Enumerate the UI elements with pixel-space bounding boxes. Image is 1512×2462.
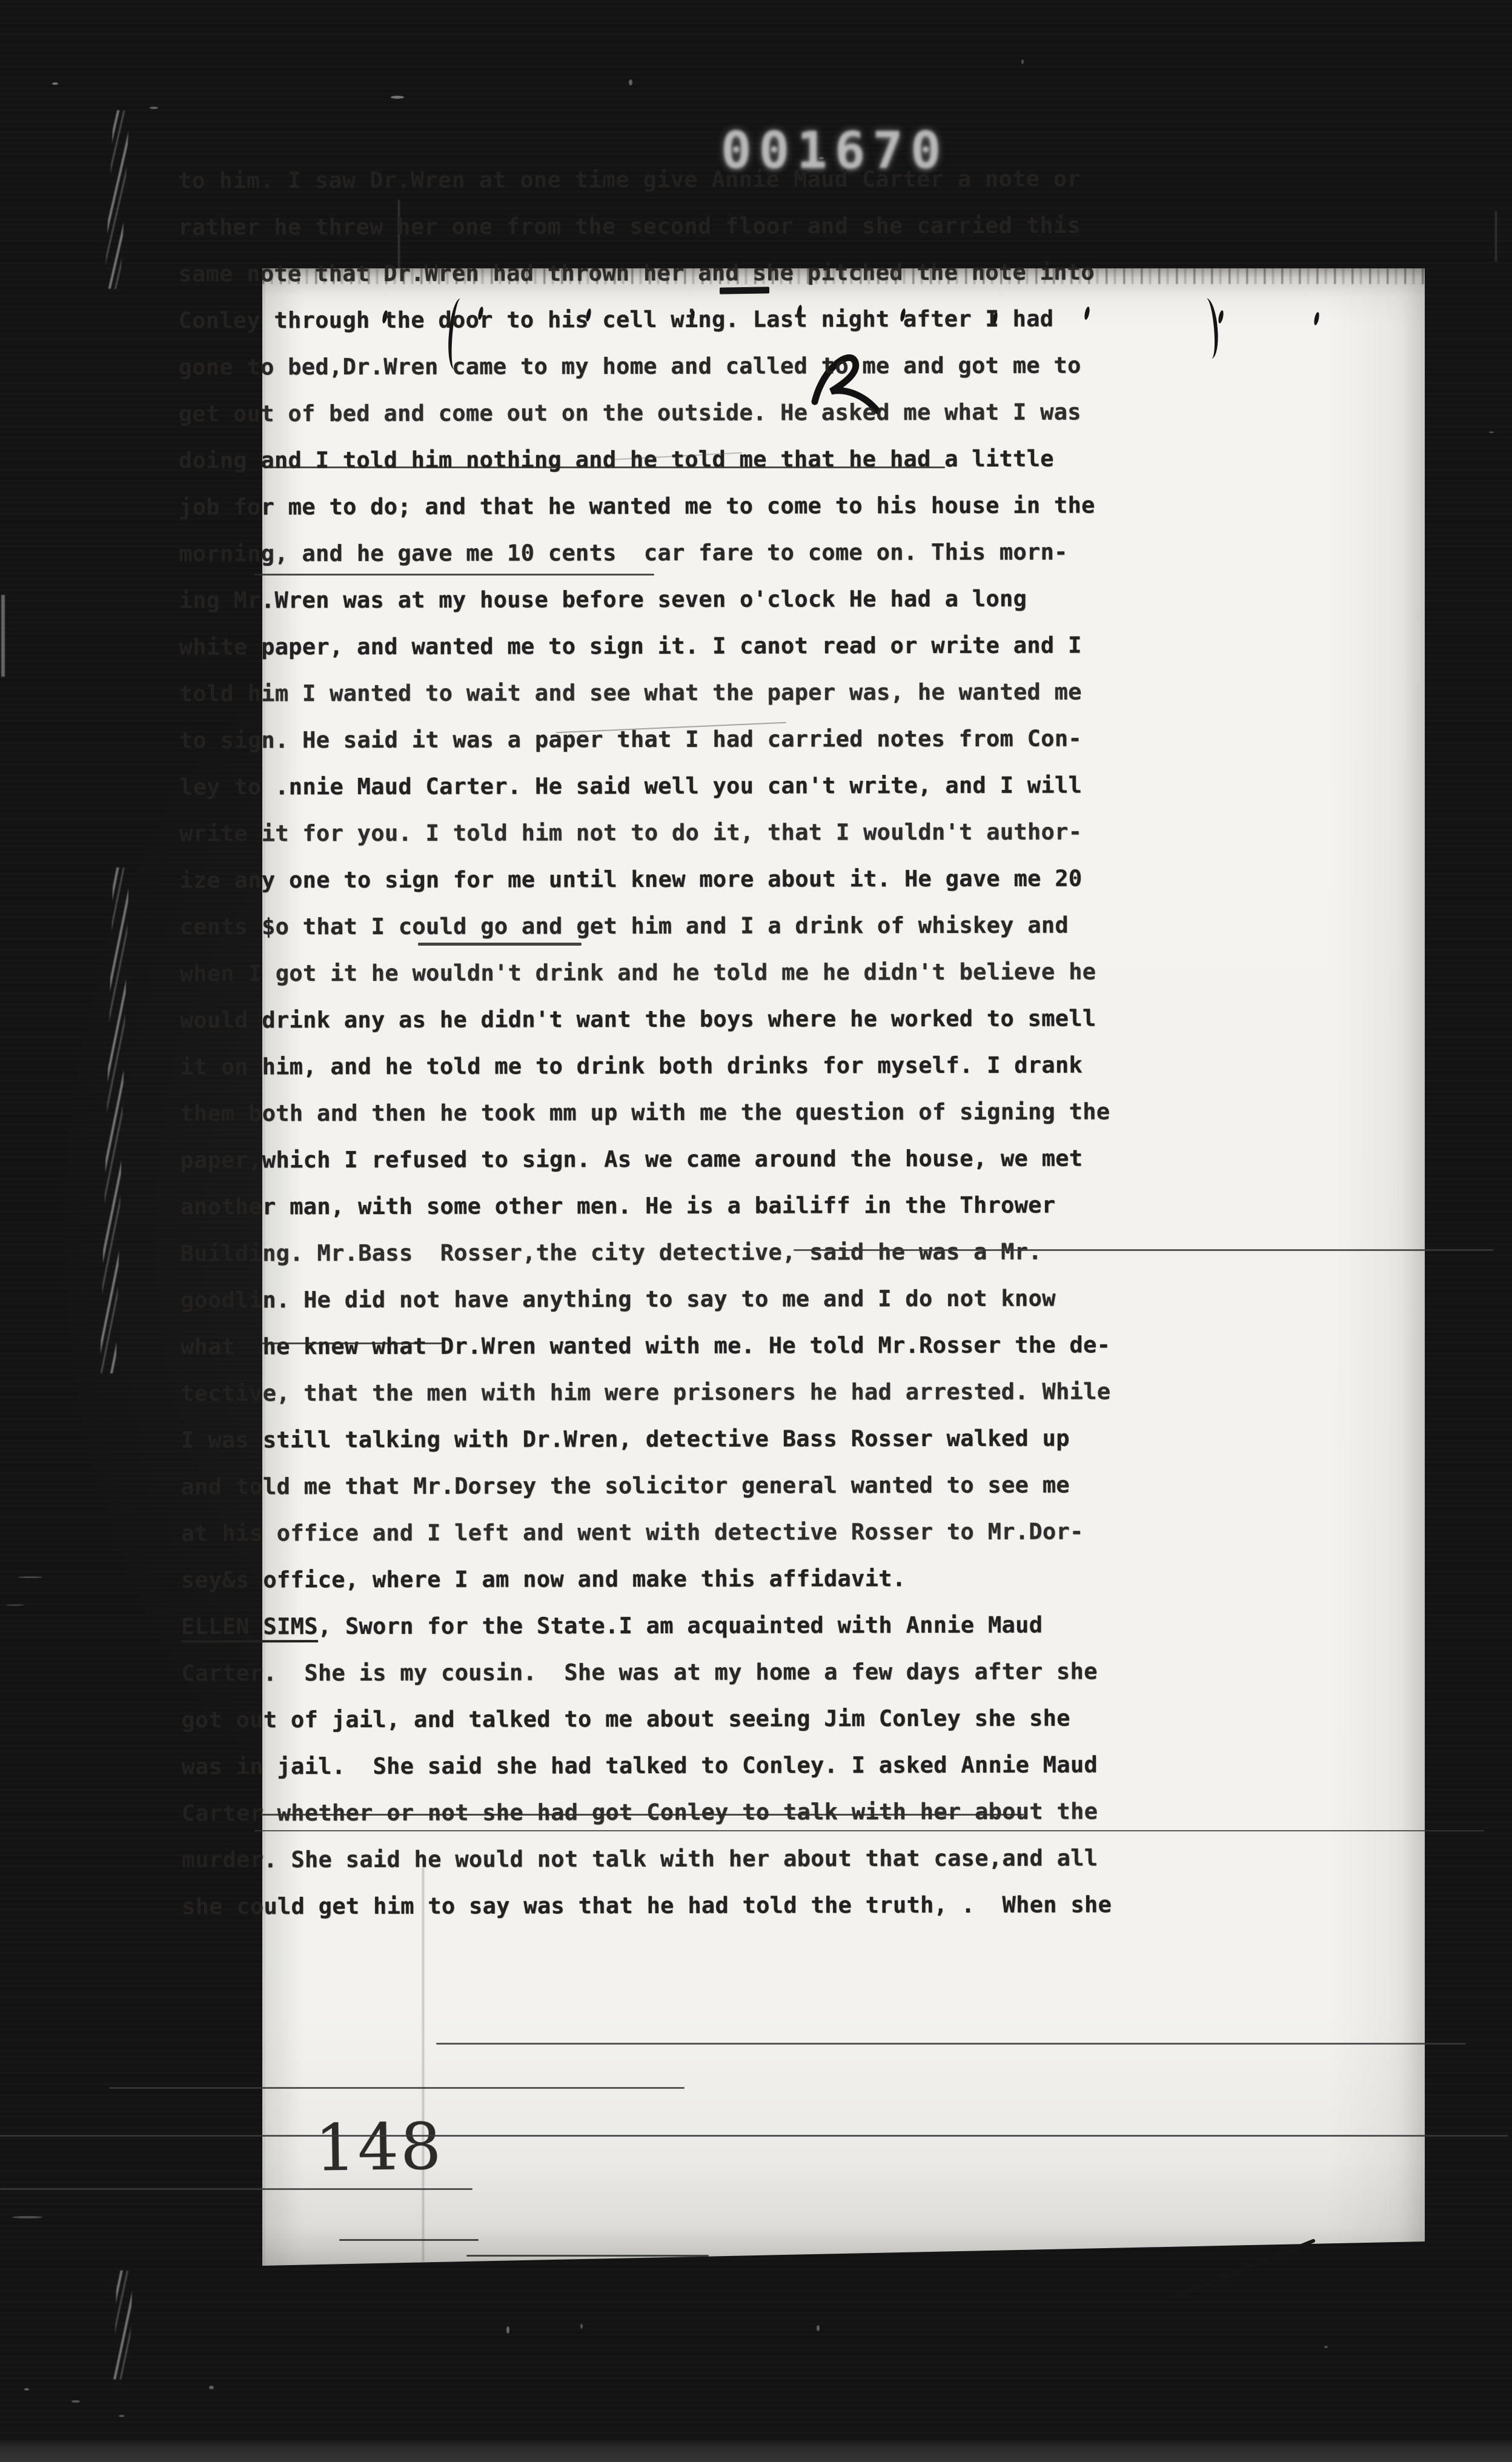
typed-line: gone to bed,Dr.Wren came to my home and … <box>179 342 1109 390</box>
scratch-line <box>260 1342 442 1344</box>
typed-line: tective, that the men with him were pris… <box>181 1368 1110 1416</box>
scratch-line <box>267 466 945 468</box>
typed-line: murder. She said he would not talk with … <box>182 1834 1112 1883</box>
film-scratch-vertical <box>1495 211 1497 262</box>
film-streak <box>113 2271 133 2380</box>
typed-text-block: to him. I saw Dr.Wren at one time give A… <box>178 155 1112 1929</box>
scratch-line <box>436 2043 1466 2045</box>
typed-line: Carter. She is my cousin. She was at my … <box>181 1648 1111 1696</box>
typed-line: morning, and he gave me 10 cents car far… <box>179 528 1109 577</box>
typed-line: rather he threw her one from the second … <box>178 202 1108 250</box>
typed-line: another man, with some other men. He is … <box>180 1181 1110 1230</box>
typed-line: ize any one to sign for me until knew mo… <box>179 855 1109 903</box>
film-speck <box>71 2400 80 2403</box>
typed-line: same note that Dr.Wren had thrown her an… <box>178 248 1108 297</box>
scratch-line <box>794 1249 1493 1251</box>
typed-line: ing Mr.Wren was at my house before seven… <box>179 575 1109 623</box>
film-speck <box>817 2325 820 2331</box>
typed-line: doing and I told him nothing and he told… <box>179 435 1109 483</box>
scratch-line <box>260 1814 1024 1816</box>
scratch-line <box>0 2188 472 2190</box>
film-speck <box>1489 431 1494 433</box>
film-speck <box>391 96 404 99</box>
witness-name-underlined: ELLEN SIMS <box>181 1613 318 1642</box>
microfilm-scan-frame: 001670 to him. I saw Dr. <box>0 0 1512 2462</box>
scratch-line <box>466 2255 709 2257</box>
typed-line: and told me that Mr.Dorsey the solicitor… <box>181 1461 1110 1510</box>
film-speck <box>52 82 58 85</box>
typed-line: cents $o that I could go and get him and… <box>180 901 1110 950</box>
typed-line: sey&s office, where I am now and make th… <box>181 1555 1111 1603</box>
typed-line: what he knew what Dr.Wren wanted with me… <box>181 1321 1110 1370</box>
typed-line: white paper, and wanted me to sign it. I… <box>179 622 1109 670</box>
film-speck <box>12 2216 42 2218</box>
scratch-line <box>254 1830 1484 1831</box>
typed-line: ELLEN SIMS, Sworn for the State.I am acq… <box>181 1601 1111 1650</box>
film-speck <box>150 107 158 109</box>
typed-line: goodlin. He did not have anything to say… <box>181 1275 1110 1323</box>
typed-line: ley to .nnie Maud Carter. He said well y… <box>179 761 1109 810</box>
typed-line: them both and then he took mm up with me… <box>180 1088 1110 1136</box>
film-speck <box>506 2326 509 2334</box>
typed-line: got out of jail, and talked to me about … <box>181 1694 1111 1743</box>
film-speck <box>580 2324 583 2329</box>
typed-line: Building. Mr.Bass Rosser,the city detect… <box>181 1228 1110 1276</box>
typed-line: Conley through the door to his cell wing… <box>178 295 1108 343</box>
diagonal-scratch <box>1173 2238 1316 2299</box>
typed-line: to sign. He said it was a paper that I h… <box>179 715 1109 763</box>
typed-line: at his office and I left and went with d… <box>181 1508 1111 1556</box>
film-streak <box>104 110 129 290</box>
film-streak <box>100 868 129 1373</box>
typed-line: was in jail. She said she had talked to … <box>181 1741 1111 1790</box>
scratch-line <box>0 2135 1508 2137</box>
film-speck <box>1324 2346 1328 2348</box>
typed-line: paper,which I refused to sign. As we cam… <box>180 1135 1110 1183</box>
film-speck <box>1021 59 1024 64</box>
typed-line: get out of bed and come out on the outsi… <box>179 388 1109 437</box>
film-speck <box>629 79 632 85</box>
typed-line: told him I wanted to wait and see what t… <box>179 668 1109 717</box>
margin-page-number: 148 <box>314 2115 443 2181</box>
typed-line: job for me to do; and that he wanted me … <box>179 482 1109 530</box>
film-speck <box>6 1604 24 1606</box>
typed-line: to him. I saw Dr.Wren at one time give A… <box>178 155 1108 204</box>
film-bottom-band <box>0 2440 1512 2462</box>
typed-line: would drink any as he didn't want the bo… <box>180 995 1110 1043</box>
typed-line: write it for you. I told him not to do i… <box>179 808 1109 857</box>
film-speck <box>209 2386 214 2389</box>
scratch-line <box>339 2239 479 2241</box>
scratch-line <box>418 943 582 946</box>
typed-line: she could get him to say was that he had… <box>182 1881 1112 1929</box>
film-speck <box>18 1576 42 1578</box>
scratch-line <box>109 2087 685 2089</box>
scratch-line <box>254 574 654 576</box>
typed-line: Carter whether or not she had got Conley… <box>182 1788 1112 1836</box>
film-speck <box>119 2415 125 2417</box>
typed-line: when I got it he wouldn't drink and he t… <box>180 948 1110 997</box>
typed-line: I was still talking with Dr.Wren, detect… <box>181 1415 1110 1463</box>
typed-line: it on him, and he told me to drink both … <box>180 1041 1110 1090</box>
film-speck <box>24 2388 29 2391</box>
film-edge-strip <box>1 595 5 677</box>
